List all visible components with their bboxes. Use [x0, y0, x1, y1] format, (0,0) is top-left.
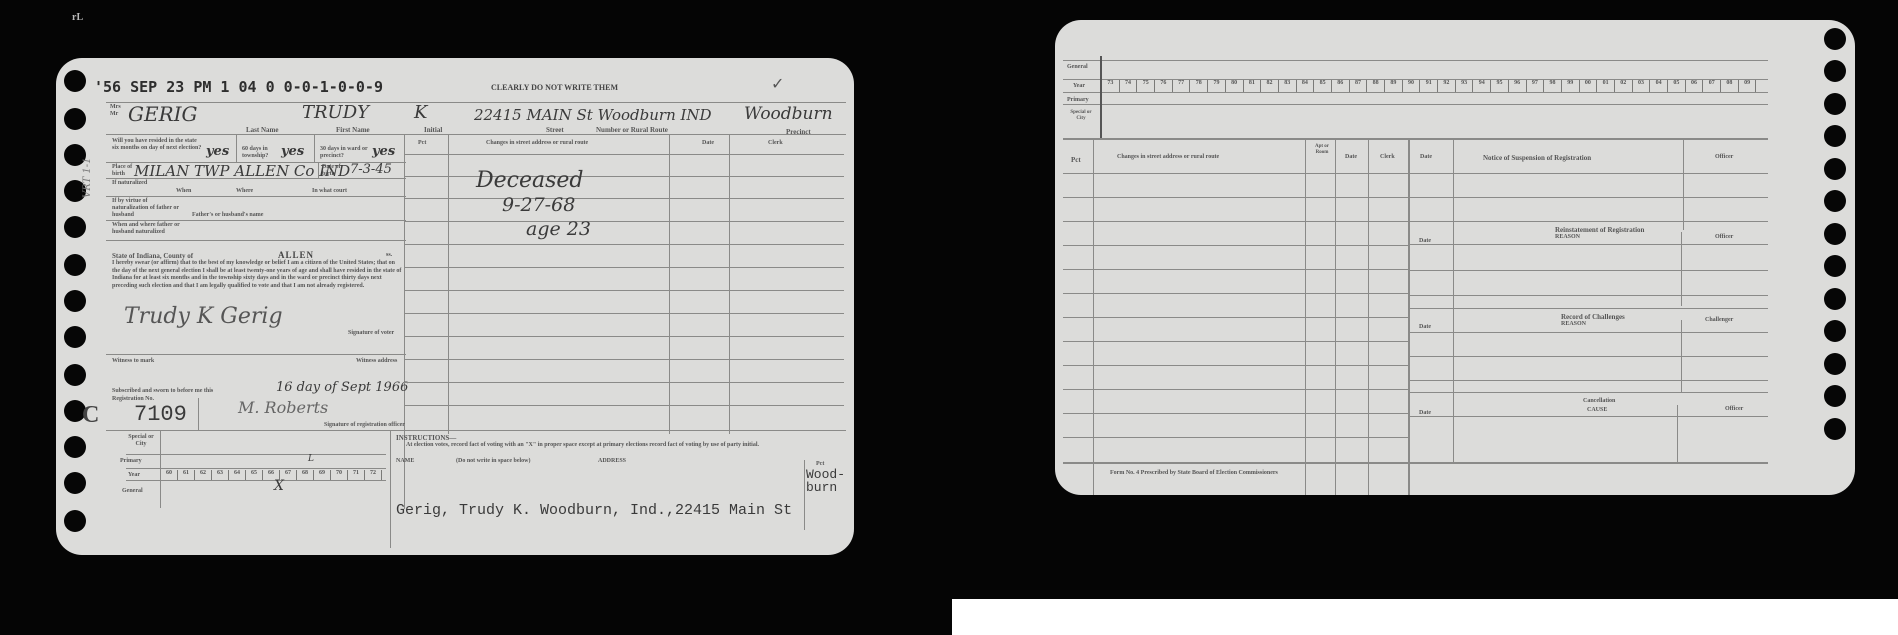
year-cell: 79	[1208, 80, 1226, 92]
grid-years-row: 60 61 62 63 64 65 66 67 68 69 70 71 72	[161, 470, 382, 480]
form-footer: Form No. 4 Prescribed by State Board of …	[1110, 470, 1278, 476]
year-cell: 05	[1668, 80, 1686, 92]
last-name-value: GERIG	[128, 102, 198, 126]
year-cell: 95	[1491, 80, 1509, 92]
label-resided-ward: 30 days in ward or precinct?	[320, 146, 368, 160]
label-cancellation-officer: Officer	[1725, 406, 1743, 412]
print-notice: CLEARLY DO NOT WRITE THEM	[491, 83, 618, 92]
label-apt: Apt or Room	[1311, 144, 1333, 156]
typed-name-address: Gerig, Trudy K. Woodburn, Ind.,22415 Mai…	[396, 502, 792, 519]
address-value: 22415 MAIN St Woodburn IND	[474, 106, 712, 124]
year-cell: 60	[161, 470, 178, 480]
year-cell: 93	[1456, 80, 1474, 92]
year-cell: 89	[1385, 80, 1403, 92]
label-pct: Pct	[1071, 156, 1081, 164]
label-witness-mark: Witness to mark	[112, 358, 154, 364]
label-reinstatement-reason: REASON	[1555, 234, 1580, 240]
year-cell: 75	[1137, 80, 1155, 92]
grid-label-primary: Primary	[1067, 97, 1089, 103]
cancellation-title: Cancellation	[1583, 398, 1615, 404]
label-place-of-birth: Place of birth	[112, 164, 134, 178]
card-letter: C	[82, 402, 99, 429]
label-naturalized: If naturalized	[112, 180, 152, 187]
year-cell: 69	[314, 470, 331, 480]
year-cell: 88	[1367, 80, 1385, 92]
label-changes: Changes in street address or rural route	[486, 140, 588, 146]
label-changes: Changes in street address or rural route	[1117, 154, 1219, 160]
year-cell: 97	[1527, 80, 1545, 92]
year-cell: 76	[1155, 80, 1173, 92]
check-mark-icon: ✓	[771, 74, 784, 94]
registration-no-value: 7109	[134, 402, 187, 427]
label-suspension-date: Date	[1420, 154, 1432, 160]
year-cell: 08	[1721, 80, 1739, 92]
instructions-text: At election votes, record fact of voting…	[406, 442, 836, 450]
county-value: ALLEN	[278, 250, 314, 260]
year-cell: 03	[1633, 80, 1651, 92]
label-subscribed: Subscribed and sworn to before me this	[112, 388, 213, 394]
officer-signature: M. Roberts	[238, 398, 328, 417]
year-cell: 90	[1403, 80, 1421, 92]
label-challenges-reason: REASON	[1561, 321, 1586, 327]
precinct-value: Woodburn	[744, 104, 833, 124]
label-do-not-write: (Do not write in space below)	[456, 458, 531, 464]
year-cell: 65	[246, 470, 263, 480]
label-when: When	[176, 188, 191, 194]
year-cell: 74	[1120, 80, 1138, 92]
resided-township-answer: yes	[281, 144, 304, 159]
registration-card-back: General Year Primary Special or City 73 …	[1055, 20, 1855, 495]
label-resided-state: Will you have resided in the state six m…	[112, 138, 202, 152]
label-father-name: Father's or husband's name	[192, 212, 263, 218]
resided-state-answer: yes	[206, 144, 229, 159]
year-cell: 92	[1438, 80, 1456, 92]
year-cell: 07	[1703, 80, 1721, 92]
label-last-name: Last Name	[246, 126, 278, 134]
resided-ward-answer: yes	[372, 144, 395, 159]
year-cell: 61	[178, 470, 195, 480]
side-note: VRT 1-1	[82, 157, 93, 198]
year-cell: 00	[1580, 80, 1598, 92]
year-cell: 73	[1102, 80, 1120, 92]
year-cell: 94	[1473, 80, 1491, 92]
label-date: Date	[1345, 154, 1357, 160]
year-cell: 06	[1686, 80, 1704, 92]
general-vote-mark: X	[274, 478, 284, 494]
primary-mark: L	[308, 454, 314, 464]
year-cell: 85	[1314, 80, 1332, 92]
grid-label-year: Year	[1073, 83, 1085, 89]
typed-precinct: Wood- burn	[806, 468, 845, 494]
label-challenger: Challenger	[1705, 317, 1733, 323]
grid-label-general: General	[1067, 64, 1088, 70]
year-cell: 77	[1173, 80, 1191, 92]
label-signature-officer: Signature of registration officer	[324, 422, 405, 428]
challenges-title: Record of Challenges	[1561, 313, 1625, 321]
year-cell: 81	[1244, 80, 1262, 92]
label-clerk: Clerk	[768, 140, 783, 146]
grid-label-special: Special or City	[1069, 110, 1093, 122]
grid-label-primary: Primary	[120, 458, 142, 464]
year-cell: 96	[1509, 80, 1527, 92]
label-suspension-officer: Officer	[1715, 154, 1733, 160]
label-father-when-where: When and where father or husband natural…	[112, 222, 202, 236]
year-cell: 82	[1261, 80, 1279, 92]
scan-mark: rL	[72, 12, 83, 23]
subscribed-date-value: 16 day of Sept 1966	[276, 380, 408, 395]
year-cell: 84	[1297, 80, 1315, 92]
year-cell: 86	[1332, 80, 1350, 92]
label-name: NAME	[396, 458, 414, 464]
label-what-court: In what court	[312, 188, 347, 194]
label-clerk: Clerk	[1380, 154, 1395, 160]
blank-overlay	[952, 599, 1898, 635]
label-resided-township: 60 days in township?	[242, 146, 282, 160]
year-cell: 91	[1420, 80, 1438, 92]
oath-text: I hereby swear (or affirm) that to the b…	[112, 260, 402, 290]
grid-label-special: Special or City	[124, 434, 158, 448]
deceased-date: 9-27-68	[502, 194, 575, 216]
year-cell: 99	[1562, 80, 1580, 92]
initial-value: K	[414, 102, 427, 123]
date-of-birth-value: 7-3-45	[350, 162, 392, 177]
year-cell: 09	[1739, 80, 1757, 92]
year-cell: 78	[1190, 80, 1208, 92]
year-cell: 83	[1279, 80, 1297, 92]
label-reinstatement-officer: Officer	[1715, 234, 1733, 240]
year-cell: 64	[229, 470, 246, 480]
date-stamp: '56 SEP 23 PM 1 04 0 0-0-1-0-0-9	[94, 78, 383, 96]
label-address: ADDRESS	[598, 458, 626, 464]
label-cancellation-cause: CAUSE	[1587, 407, 1607, 413]
registration-card-front: '56 SEP 23 PM 1 04 0 0-0-1-0-0-9 CLEARLY…	[56, 58, 854, 555]
label-date: Date	[702, 140, 714, 146]
label-challenges-date: Date	[1419, 324, 1431, 330]
year-cell: 02	[1615, 80, 1633, 92]
year-cell: 70	[331, 470, 348, 480]
year-cell: 98	[1544, 80, 1562, 92]
label-signature-voter: Signature of voter	[348, 330, 394, 336]
deceased-label: Deceased	[476, 168, 584, 193]
first-name-value: TRUDY	[302, 102, 369, 123]
label-initial: Initial	[424, 126, 442, 134]
grid-label-year: Year	[128, 472, 140, 478]
label-where: Where	[236, 188, 253, 194]
suspension-title: Notice of Suspension of Registration	[1483, 154, 1591, 162]
year-cell: 71	[348, 470, 365, 480]
year-cell: 87	[1350, 80, 1368, 92]
year-cell: 01	[1597, 80, 1615, 92]
grid-label-general: General	[122, 488, 143, 494]
year-cell: 04	[1650, 80, 1668, 92]
year-cell: 63	[212, 470, 229, 480]
label-first-name: First Name	[336, 126, 370, 134]
deceased-age: age 23	[526, 218, 591, 240]
label-state-county: State of Indiana, County of	[112, 252, 193, 260]
label-father-naturalization: If by virtue of naturalization of father…	[112, 198, 182, 219]
year-cell: 68	[297, 470, 314, 480]
instructions-title: INSTRUCTIONS—	[396, 434, 456, 442]
label-pct: Pct	[418, 140, 426, 146]
label-street: Street	[546, 126, 564, 134]
label-number: Number or Rural Route	[596, 126, 668, 134]
year-cell: 62	[195, 470, 212, 480]
year-cell: 80	[1226, 80, 1244, 92]
year-cell: 72	[365, 470, 382, 480]
label-date-of-birth: Date of birth	[322, 164, 348, 178]
grid-years-row: 73 74 75 76 77 78 79 80 81 82 83 84 85 8…	[1102, 80, 1756, 92]
reinstatement-title: Reinstatement of Registration	[1555, 226, 1644, 234]
voter-signature: Trudy K Gerig	[124, 304, 283, 329]
label-witness-address: Witness address	[356, 358, 397, 364]
salutation: Mrs Mr	[110, 104, 121, 118]
label-ss: ss.	[386, 252, 392, 258]
